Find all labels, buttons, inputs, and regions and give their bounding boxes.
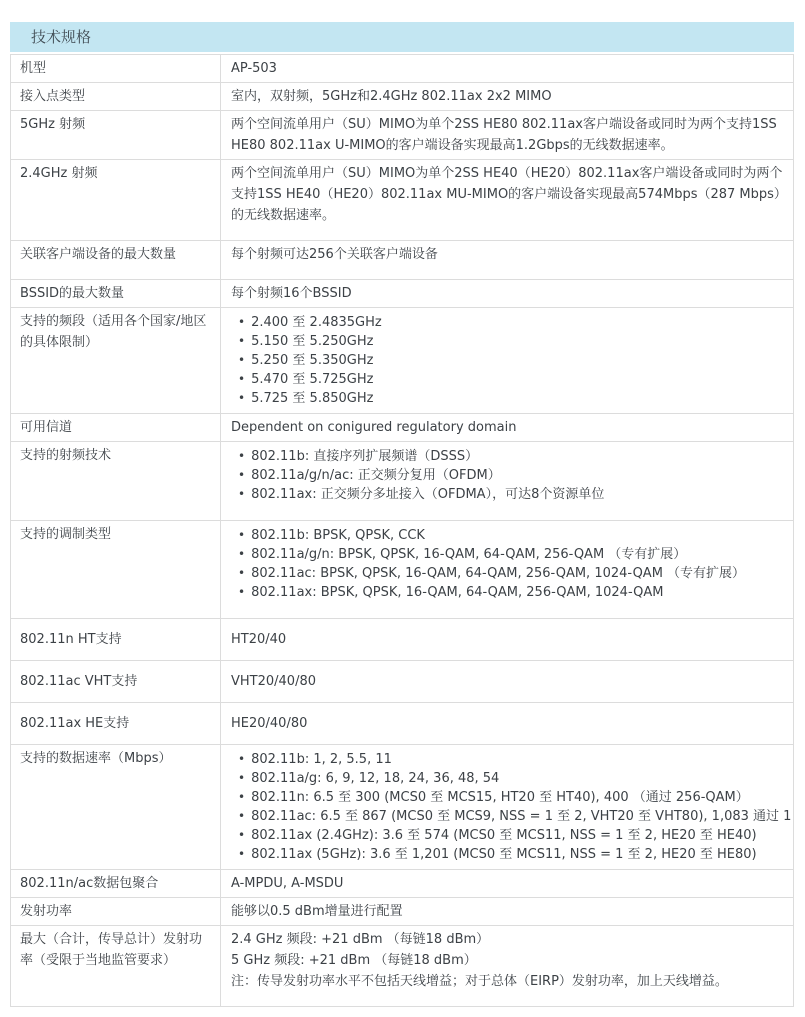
spec-value-cell: 能够以0.5 dBm增量进行配置 bbox=[221, 898, 793, 925]
spec-bullet-item: 5.150 至 5.250GHz bbox=[238, 332, 791, 351]
spec-row: 802.11ax HE支持 HE20/40/80 bbox=[11, 702, 793, 744]
spec-value-line: 每个射频16个BSSID bbox=[231, 283, 791, 304]
spec-value-cell: 两个空间流单用户（SU）MIMO为单个2SS HE40（HE20）802.11a… bbox=[221, 160, 793, 240]
spec-row: 2.4GHz 射频 两个空间流单用户（SU）MIMO为单个2SS HE40（HE… bbox=[11, 159, 793, 240]
spec-bullet-list: 802.11b: 1, 2, 5.5, 11802.11a/g: 6, 9, 1… bbox=[231, 750, 791, 864]
spec-value-cell: VHT20/40/80 bbox=[221, 661, 793, 702]
spec-row: 最大（合计，传导总计）发射功率（受限于当地监管要求） 2.4 GHz 频段: +… bbox=[11, 925, 793, 1006]
spec-bullet-item: 802.11a/g/n: BPSK, QPSK, 16-QAM, 64-QAM,… bbox=[238, 545, 791, 564]
spec-bullet-item: 5.725 至 5.850GHz bbox=[238, 389, 791, 408]
spec-value-cell: 802.11b: BPSK, QPSK, CCK802.11a/g/n: BPS… bbox=[221, 521, 793, 618]
spec-bullet-list: 2.400 至 2.4835GHz5.150 至 5.250GHz5.250 至… bbox=[231, 313, 791, 408]
spec-label-cell: 802.11n HT支持 bbox=[11, 619, 221, 660]
spec-row: 机型 AP-503 bbox=[11, 55, 793, 82]
spec-bullet-item: 802.11b: 1, 2, 5.5, 11 bbox=[238, 750, 791, 769]
spec-value-line: 能够以0.5 dBm增量进行配置 bbox=[231, 901, 791, 922]
spec-value-line: VHT20/40/80 bbox=[231, 671, 791, 692]
spec-value-cell: 802.11b: 1, 2, 5.5, 11802.11a/g: 6, 9, 1… bbox=[221, 745, 793, 869]
spec-bullet-item: 802.11a/g: 6, 9, 12, 18, 24, 36, 48, 54 bbox=[238, 769, 791, 788]
spec-table-title-bar: 技术规格 bbox=[10, 22, 794, 52]
spec-row: 接入点类型 室内，双射频，5GHz和2.4GHz 802.11ax 2x2 MI… bbox=[11, 82, 793, 110]
spec-bullet-item: 802.11ac: 6.5 至 867 (MCS0 至 MCS9, NSS = … bbox=[238, 807, 791, 826]
spec-value-line: A-MPDU, A-MSDU bbox=[231, 873, 791, 894]
spec-bullet-item: 802.11b: 直接序列扩展频谱（DSSS） bbox=[238, 447, 791, 466]
spec-value-line: AP-503 bbox=[231, 58, 791, 79]
spec-bullet-item: 802.11n: 6.5 至 300 (MCS0 至 MCS15, HT20 至… bbox=[238, 788, 791, 807]
spec-value-cell: 802.11b: 直接序列扩展频谱（DSSS）802.11a/g/n/ac: 正… bbox=[221, 442, 793, 520]
spec-value-cell: 2.400 至 2.4835GHz5.150 至 5.250GHz5.250 至… bbox=[221, 308, 793, 413]
spec-label-cell: 支持的调制类型 bbox=[11, 521, 221, 618]
spec-label-cell: 最大（合计，传导总计）发射功率（受限于当地监管要求） bbox=[11, 926, 221, 1006]
spec-row: 可用信道 Dependent on conigured regulatory d… bbox=[11, 413, 793, 441]
spec-value-line: HE20/40/80 bbox=[231, 713, 791, 734]
spec-bullet-item: 802.11ax (5GHz): 3.6 至 1,201 (MCS0 至 MCS… bbox=[238, 845, 791, 864]
spec-value-cell: AP-503 bbox=[221, 55, 793, 82]
spec-bullet-item: 802.11ax: 正交频分多址接入（OFDMA），可达8个资源单位 bbox=[238, 485, 791, 504]
spec-row: 支持的频段（适用各个国家/地区的具体限制） 2.400 至 2.4835GHz5… bbox=[11, 307, 793, 413]
spec-bullet-item: 802.11ax (2.4GHz): 3.6 至 574 (MCS0 至 MCS… bbox=[238, 826, 791, 845]
spec-row: 关联客户端设备的最大数量 每个射频可达256个关联客户端设备 bbox=[11, 240, 793, 279]
spec-value-cell: 每个射频可达256个关联客户端设备 bbox=[221, 241, 793, 279]
spec-value-line: Dependent on conigured regulatory domain bbox=[231, 417, 791, 438]
spec-label-cell: 支持的频段（适用各个国家/地区的具体限制） bbox=[11, 308, 221, 413]
spec-value-cell: HE20/40/80 bbox=[221, 703, 793, 744]
spec-label-cell: 发射功率 bbox=[11, 898, 221, 925]
spec-row: BSSID的最大数量 每个射频16个BSSID bbox=[11, 279, 793, 307]
spec-value-line: 2.4 GHz 频段: +21 dBm （每链18 dBm） bbox=[231, 929, 791, 950]
spec-value-line: 室内，双射频，5GHz和2.4GHz 802.11ax 2x2 MIMO bbox=[231, 86, 791, 107]
spec-value-cell: 2.4 GHz 频段: +21 dBm （每链18 dBm）5 GHz 频段: … bbox=[221, 926, 793, 1006]
spec-label-cell: 802.11ax HE支持 bbox=[11, 703, 221, 744]
spec-row: 5GHz 射频 两个空间流单用户（SU）MIMO为单个2SS HE80 802.… bbox=[11, 110, 793, 159]
spec-value-cell: 每个射频16个BSSID bbox=[221, 280, 793, 307]
spec-row: 支持的调制类型 802.11b: BPSK, QPSK, CCK802.11a/… bbox=[11, 520, 793, 618]
spec-label-cell: 2.4GHz 射频 bbox=[11, 160, 221, 240]
spec-value-cell: Dependent on conigured regulatory domain bbox=[221, 414, 793, 441]
spec-bullet-list: 802.11b: BPSK, QPSK, CCK802.11a/g/n: BPS… bbox=[231, 526, 791, 602]
spec-row: 发射功率 能够以0.5 dBm增量进行配置 bbox=[11, 897, 793, 925]
spec-label-cell: 接入点类型 bbox=[11, 83, 221, 110]
spec-bullet-item: 2.400 至 2.4835GHz bbox=[238, 313, 791, 332]
spec-table-title: 技术规格 bbox=[31, 22, 794, 52]
spec-value-cell: A-MPDU, A-MSDU bbox=[221, 870, 793, 897]
spec-label-cell: 802.11ac VHT支持 bbox=[11, 661, 221, 702]
spec-label-cell: 关联客户端设备的最大数量 bbox=[11, 241, 221, 279]
spec-row: 支持的数据速率（Mbps） 802.11b: 1, 2, 5.5, 11802.… bbox=[11, 744, 793, 869]
spec-value-line: 注：传导发射功率水平不包括天线增益；对于总体（EIRP）发射功率，加上天线增益。 bbox=[231, 971, 791, 992]
spec-bullet-item: 5.470 至 5.725GHz bbox=[238, 370, 791, 389]
spec-value-line: 两个空间流单用户（SU）MIMO为单个2SS HE40（HE20）802.11a… bbox=[231, 163, 791, 226]
spec-label-cell: 支持的射频技术 bbox=[11, 442, 221, 520]
spec-bullet-item: 5.250 至 5.350GHz bbox=[238, 351, 791, 370]
spec-label-cell: BSSID的最大数量 bbox=[11, 280, 221, 307]
spec-value-cell: 两个空间流单用户（SU）MIMO为单个2SS HE80 802.11ax客户端设… bbox=[221, 111, 793, 159]
spec-rows: 机型 AP-503 接入点类型 室内，双射频，5GHz和2.4GHz 802.1… bbox=[10, 54, 794, 1007]
spec-row: 802.11n/ac数据包聚合 A-MPDU, A-MSDU bbox=[11, 869, 793, 897]
spec-bullet-item: 802.11ac: BPSK, QPSK, 16-QAM, 64-QAM, 25… bbox=[238, 564, 791, 583]
spec-page: 技术规格 机型 AP-503 接入点类型 室内，双射频，5GHz和2.4GHz … bbox=[0, 0, 805, 1017]
spec-value-line: 两个空间流单用户（SU）MIMO为单个2SS HE80 802.11ax客户端设… bbox=[231, 114, 791, 156]
spec-label-cell: 802.11n/ac数据包聚合 bbox=[11, 870, 221, 897]
spec-bullet-list: 802.11b: 直接序列扩展频谱（DSSS）802.11a/g/n/ac: 正… bbox=[231, 447, 791, 504]
spec-label-cell: 5GHz 射频 bbox=[11, 111, 221, 159]
spec-table: 技术规格 机型 AP-503 接入点类型 室内，双射频，5GHz和2.4GHz … bbox=[10, 22, 794, 1007]
spec-value-line: 5 GHz 频段: +21 dBm （每链18 dBm） bbox=[231, 950, 791, 971]
spec-value-line: HT20/40 bbox=[231, 629, 791, 650]
spec-row: 支持的射频技术 802.11b: 直接序列扩展频谱（DSSS）802.11a/g… bbox=[11, 441, 793, 520]
spec-bullet-item: 802.11b: BPSK, QPSK, CCK bbox=[238, 526, 791, 545]
spec-value-line: 每个射频可达256个关联客户端设备 bbox=[231, 244, 791, 265]
spec-label-cell: 机型 bbox=[11, 55, 221, 82]
spec-bullet-item: 802.11a/g/n/ac: 正交频分复用（OFDM） bbox=[238, 466, 791, 485]
spec-label-cell: 支持的数据速率（Mbps） bbox=[11, 745, 221, 869]
spec-value-cell: 室内，双射频，5GHz和2.4GHz 802.11ax 2x2 MIMO bbox=[221, 83, 793, 110]
spec-row: 802.11n HT支持 HT20/40 bbox=[11, 618, 793, 660]
spec-row: 802.11ac VHT支持 VHT20/40/80 bbox=[11, 660, 793, 702]
spec-label-cell: 可用信道 bbox=[11, 414, 221, 441]
spec-value-cell: HT20/40 bbox=[221, 619, 793, 660]
spec-bullet-item: 802.11ax: BPSK, QPSK, 16-QAM, 64-QAM, 25… bbox=[238, 583, 791, 602]
